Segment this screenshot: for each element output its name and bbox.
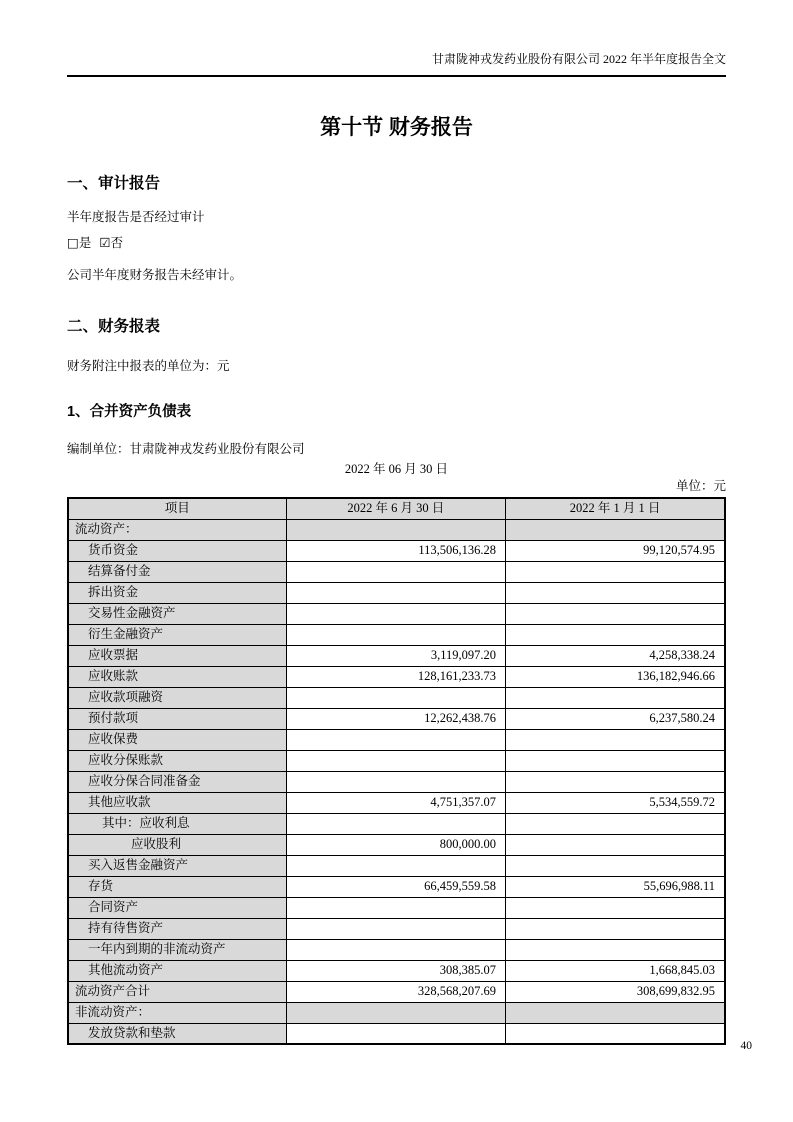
row-value-current — [286, 771, 505, 792]
balance-sheet-subheading: 1、合并资产负债表 — [67, 403, 726, 422]
row-value-current — [286, 813, 505, 834]
row-value-current — [286, 939, 505, 960]
row-item-label: 一年内到期的非流动资产 — [68, 939, 286, 960]
table-row: 应收保费 — [68, 729, 725, 750]
document-page: 甘肃陇神戎发药业股份有限公司 2022 年半年度报告全文 第十节 财务报告 一、… — [0, 0, 793, 1122]
table-row: 一年内到期的非流动资产 — [68, 939, 725, 960]
row-item-label: 其他流动资产 — [68, 960, 286, 981]
table-row: 拆出资金 — [68, 582, 725, 603]
row-item-label: 拆出资金 — [68, 582, 286, 603]
row-value-prior: 136,182,946.66 — [506, 666, 725, 687]
balance-sheet-body: 流动资产：货币资金113,506,136.2899,120,574.95结算备付… — [68, 519, 725, 1044]
table-row: 结算备付金 — [68, 561, 725, 582]
table-row: 非流动资产： — [68, 1002, 725, 1023]
table-row: 其他流动资产308,385.071,668,845.03 — [68, 960, 725, 981]
audit-option-no-label: 否 — [111, 236, 124, 250]
table-header-row: 项目 2022 年 6 月 30 日 2022 年 1 月 1 日 — [68, 498, 725, 519]
row-value-prior — [506, 603, 725, 624]
row-value-prior — [506, 729, 725, 750]
row-item-label: 应收票据 — [68, 645, 286, 666]
row-value-current — [286, 561, 505, 582]
row-value-current — [286, 729, 505, 750]
row-item-label: 流动资产合计 — [68, 981, 286, 1002]
row-value-current: 12,262,438.76 — [286, 708, 505, 729]
row-value-prior — [506, 1002, 725, 1023]
row-item-label: 应收分保合同准备金 — [68, 771, 286, 792]
row-value-current — [286, 750, 505, 771]
column-header-current-period: 2022 年 6 月 30 日 — [286, 498, 505, 519]
row-value-prior: 4,258,338.24 — [506, 645, 725, 666]
row-value-current: 113,506,136.28 — [286, 540, 505, 561]
row-item-label: 存货 — [68, 876, 286, 897]
prepared-by-line: 编制单位：甘肃陇神戎发药业股份有限公司 — [67, 441, 726, 458]
row-value-prior: 99,120,574.95 — [506, 540, 725, 561]
table-row: 合同资产 — [68, 897, 725, 918]
column-header-item: 项目 — [68, 498, 286, 519]
row-value-prior — [506, 561, 725, 582]
row-item-label: 应收保费 — [68, 729, 286, 750]
row-value-current — [286, 582, 505, 603]
row-value-prior — [506, 519, 725, 540]
table-row: 流动资产合计328,568,207.69308,699,832.95 — [68, 981, 725, 1002]
row-value-current — [286, 1002, 505, 1023]
row-value-prior — [506, 897, 725, 918]
row-value-prior — [506, 834, 725, 855]
balance-sheet-table: 项目 2022 年 6 月 30 日 2022 年 1 月 1 日 流动资产：货… — [67, 497, 726, 1045]
table-row: 买入返售金融资产 — [68, 855, 725, 876]
row-value-prior: 6,237,580.24 — [506, 708, 725, 729]
report-date-line: 2022 年 06 月 30 日 — [67, 461, 726, 478]
row-item-label: 应收款项融资 — [68, 687, 286, 708]
row-value-current — [286, 603, 505, 624]
table-row: 发放贷款和垫款 — [68, 1023, 725, 1044]
table-row: 应收票据3,119,097.204,258,338.24 — [68, 645, 725, 666]
row-value-prior — [506, 687, 725, 708]
row-value-prior: 1,668,845.03 — [506, 960, 725, 981]
row-value-current: 3,119,097.20 — [286, 645, 505, 666]
row-item-label: 非流动资产： — [68, 1002, 286, 1023]
table-row: 持有待售资产 — [68, 918, 725, 939]
row-value-prior — [506, 624, 725, 645]
row-value-prior — [506, 939, 725, 960]
row-value-prior — [506, 771, 725, 792]
row-value-current: 128,161,233.73 — [286, 666, 505, 687]
row-value-prior — [506, 1023, 725, 1044]
row-value-prior — [506, 750, 725, 771]
table-row: 应收分保账款 — [68, 750, 725, 771]
row-value-current: 328,568,207.69 — [286, 981, 505, 1002]
row-value-current — [286, 855, 505, 876]
unit-note: 财务附注中报表的单位为：元 — [67, 358, 726, 375]
row-item-label: 合同资产 — [68, 897, 286, 918]
row-value-current: 66,459,559.58 — [286, 876, 505, 897]
row-item-label: 持有待售资产 — [68, 918, 286, 939]
row-item-label: 应收账款 — [68, 666, 286, 687]
row-item-label: 交易性金融资产 — [68, 603, 286, 624]
table-row: 其他应收款4,751,357.075,534,559.72 — [68, 792, 725, 813]
row-value-prior: 55,696,988.11 — [506, 876, 725, 897]
checkbox-unchecked-icon: □ — [67, 235, 79, 250]
row-item-label: 买入返售金融资产 — [68, 855, 286, 876]
statements-section-heading: 二、财务报表 — [67, 317, 726, 337]
row-item-label: 衍生金融资产 — [68, 624, 286, 645]
table-row: 流动资产： — [68, 519, 725, 540]
row-value-current: 800,000.00 — [286, 834, 505, 855]
row-value-current — [286, 687, 505, 708]
row-value-current: 4,751,357.07 — [286, 792, 505, 813]
row-item-label: 应收股利 — [68, 834, 286, 855]
checkbox-checked-icon: ☑ — [99, 235, 110, 250]
audit-option-no: ☑否 — [99, 234, 123, 252]
audit-option-yes: □是 — [67, 234, 91, 252]
table-row: 应收款项融资 — [68, 687, 725, 708]
audit-option-yes-label: 是 — [79, 236, 92, 250]
row-item-label: 结算备付金 — [68, 561, 286, 582]
chapter-title: 第十节 财务报告 — [67, 115, 726, 141]
audit-section-heading: 一、审计报告 — [67, 174, 726, 194]
table-row: 其中：应收利息 — [68, 813, 725, 834]
row-item-label: 发放贷款和垫款 — [68, 1023, 286, 1044]
row-item-label: 其中：应收利息 — [68, 813, 286, 834]
column-header-prior-period: 2022 年 1 月 1 日 — [506, 498, 725, 519]
audit-question: 半年度报告是否经过审计 — [67, 209, 726, 226]
running-header: 甘肃陇神戎发药业股份有限公司 2022 年半年度报告全文 — [67, 50, 726, 77]
row-value-prior — [506, 855, 725, 876]
page-number: 40 — [741, 1040, 753, 1052]
row-item-label: 应收分保账款 — [68, 750, 286, 771]
row-item-label: 其他应收款 — [68, 792, 286, 813]
table-row: 应收股利800,000.00 — [68, 834, 725, 855]
audit-statement: 公司半年度财务报告未经审计。 — [67, 267, 726, 284]
table-row: 衍生金融资产 — [68, 624, 725, 645]
audit-answer-line: □是☑否 — [67, 234, 726, 252]
table-row: 存货66,459,559.5855,696,988.11 — [68, 876, 725, 897]
table-row: 应收账款128,161,233.73136,182,946.66 — [68, 666, 725, 687]
row-value-prior — [506, 918, 725, 939]
row-value-prior — [506, 582, 725, 603]
row-value-current — [286, 918, 505, 939]
row-value-current — [286, 519, 505, 540]
table-row: 货币资金113,506,136.2899,120,574.95 — [68, 540, 725, 561]
table-row: 预付款项12,262,438.766,237,580.24 — [68, 708, 725, 729]
unit-label: 单位：元 — [67, 478, 726, 495]
row-value-current — [286, 1023, 505, 1044]
row-item-label: 货币资金 — [68, 540, 286, 561]
row-value-current — [286, 897, 505, 918]
row-value-current: 308,385.07 — [286, 960, 505, 981]
row-value-current — [286, 624, 505, 645]
row-value-prior: 5,534,559.72 — [506, 792, 725, 813]
row-value-prior — [506, 813, 725, 834]
row-item-label: 预付款项 — [68, 708, 286, 729]
row-item-label: 流动资产： — [68, 519, 286, 540]
table-row: 应收分保合同准备金 — [68, 771, 725, 792]
table-row: 交易性金融资产 — [68, 603, 725, 624]
row-value-prior: 308,699,832.95 — [506, 981, 725, 1002]
